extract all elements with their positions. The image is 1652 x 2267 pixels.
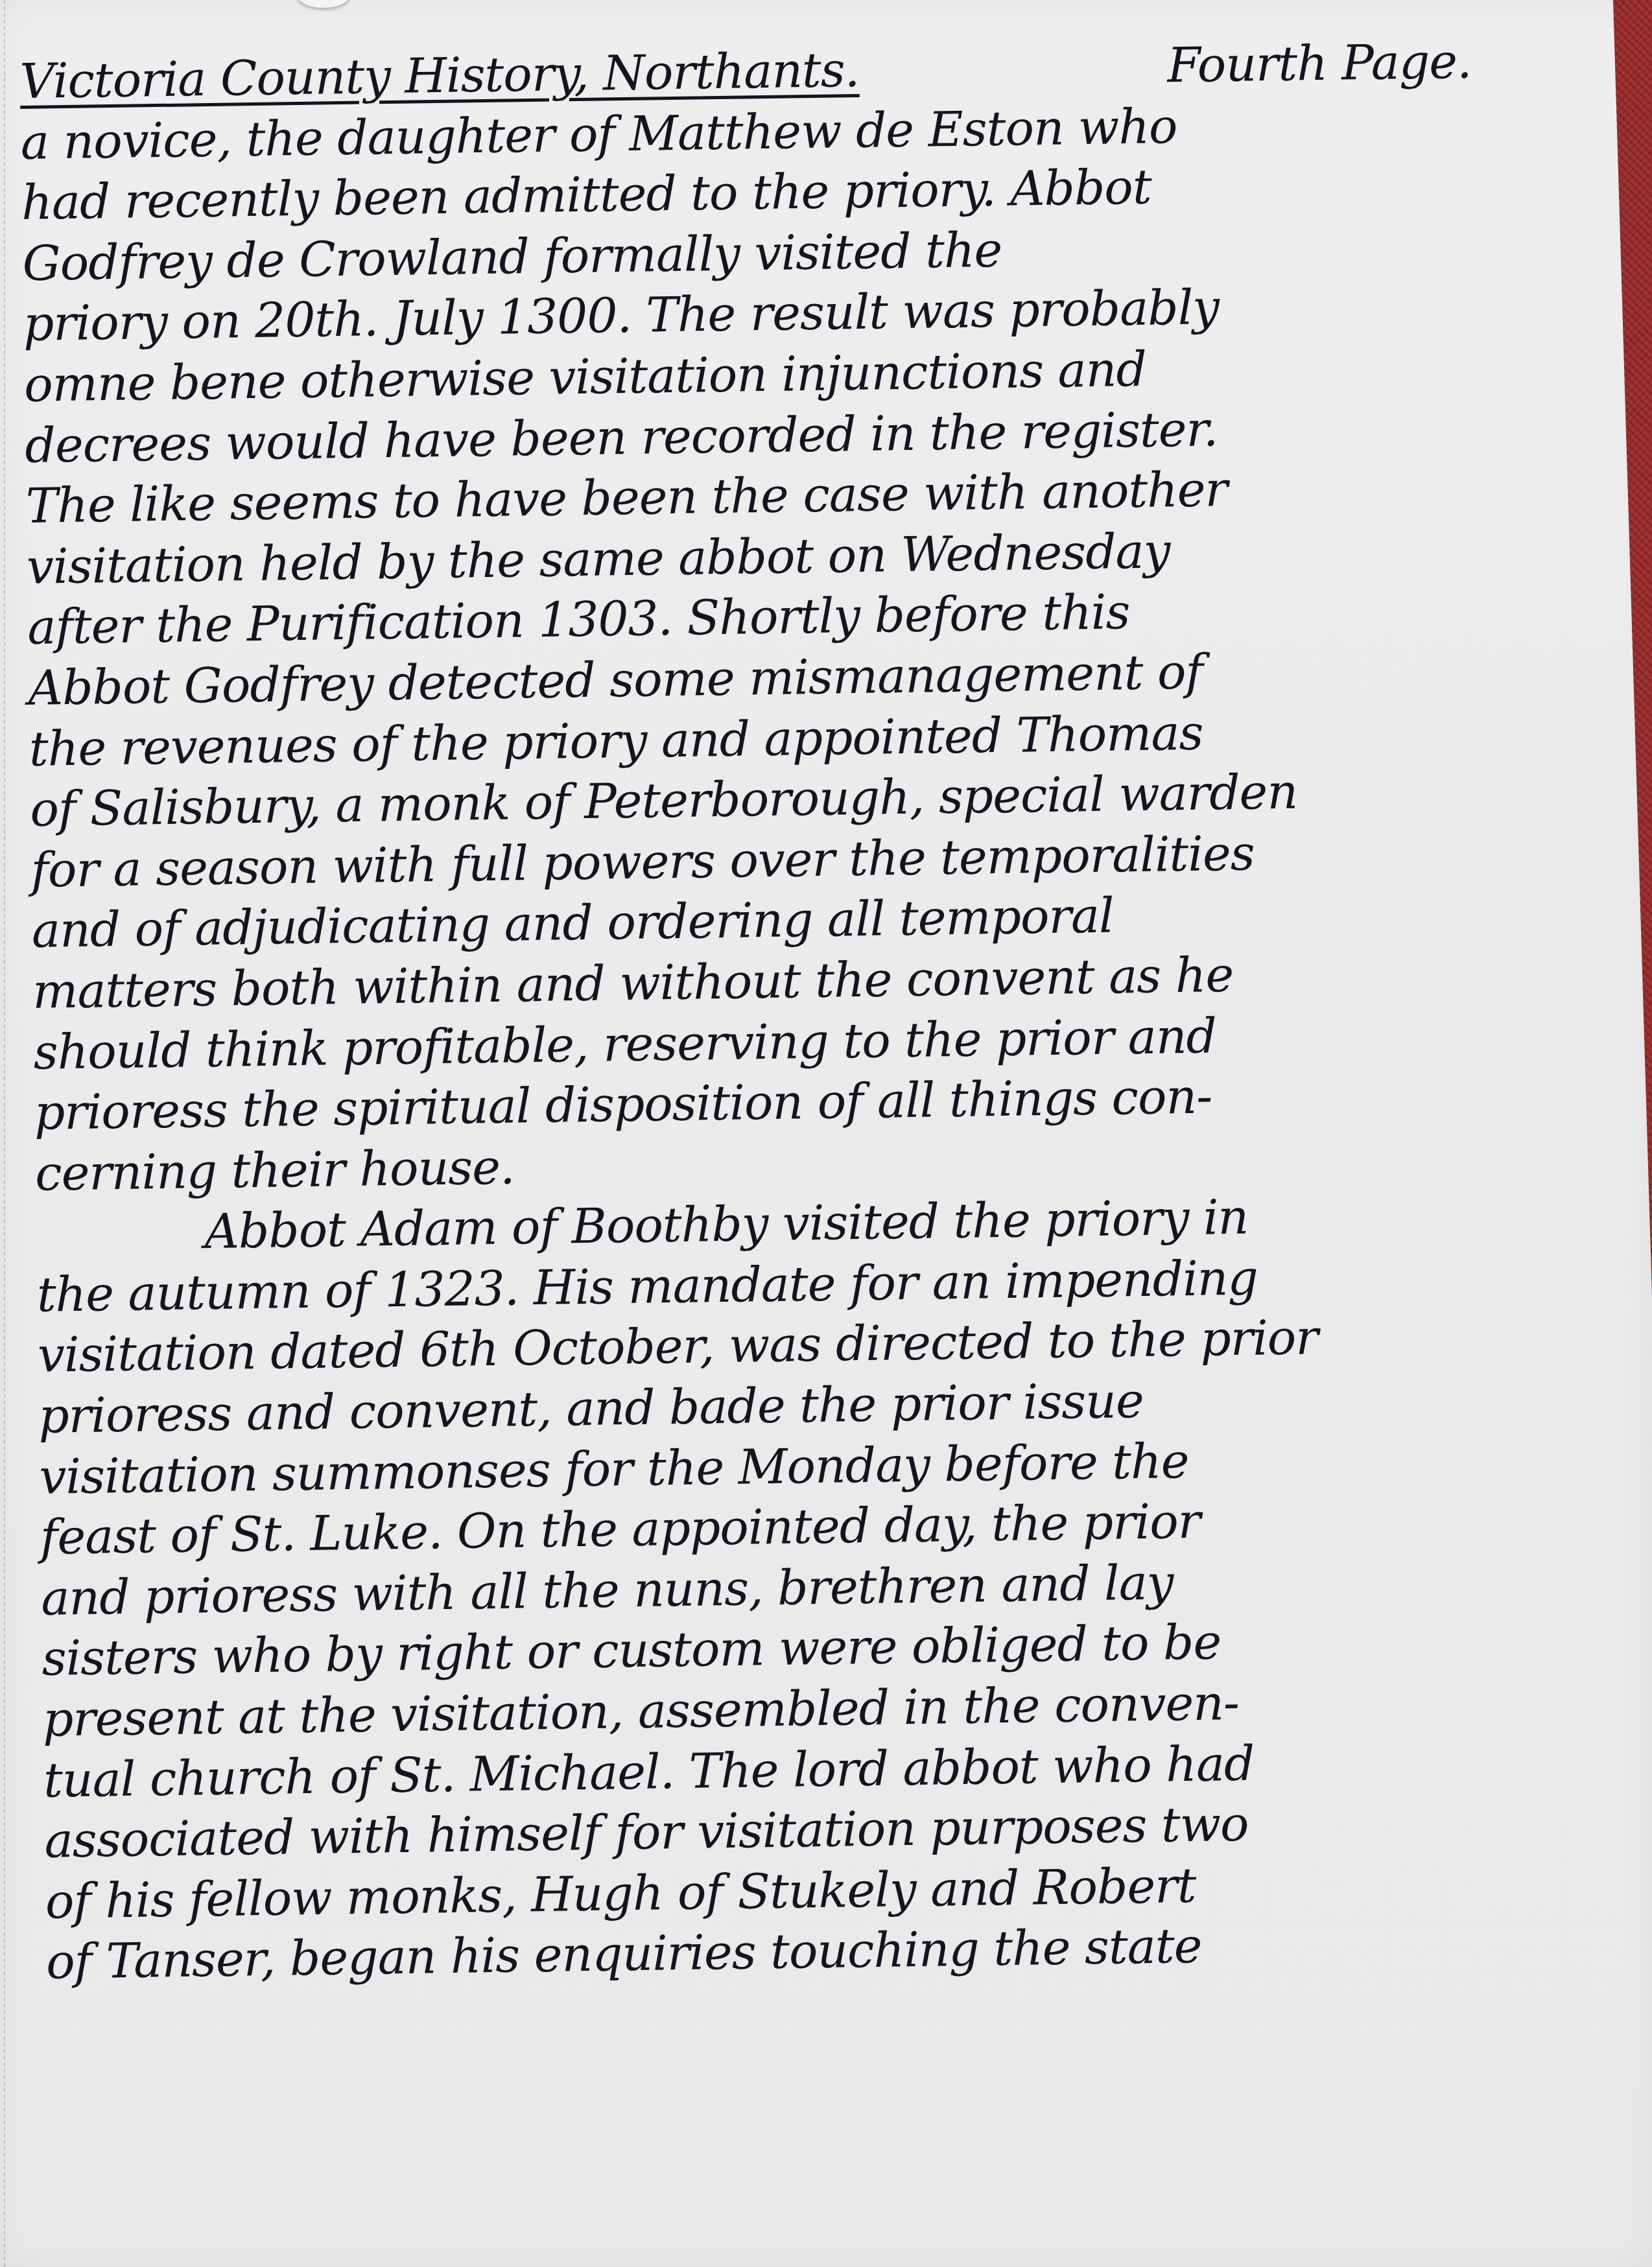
paragraph-1: a novice, the daughter of Matthew de Est…: [20, 90, 1643, 1204]
page-label: Fourth Page.: [1167, 32, 1472, 97]
handwritten-page: Victoria County History, Northants. Four…: [0, 0, 1652, 2267]
page-edge-line: [4, 0, 5, 2267]
punch-hole: [297, 0, 350, 8]
manuscript-text: Victoria County History, Northants. Four…: [19, 29, 1652, 1993]
document-title: Victoria County History, Northants.: [19, 42, 860, 110]
paragraph-2: Abbot Adam of Boothby visited the priory…: [36, 1182, 1652, 1993]
